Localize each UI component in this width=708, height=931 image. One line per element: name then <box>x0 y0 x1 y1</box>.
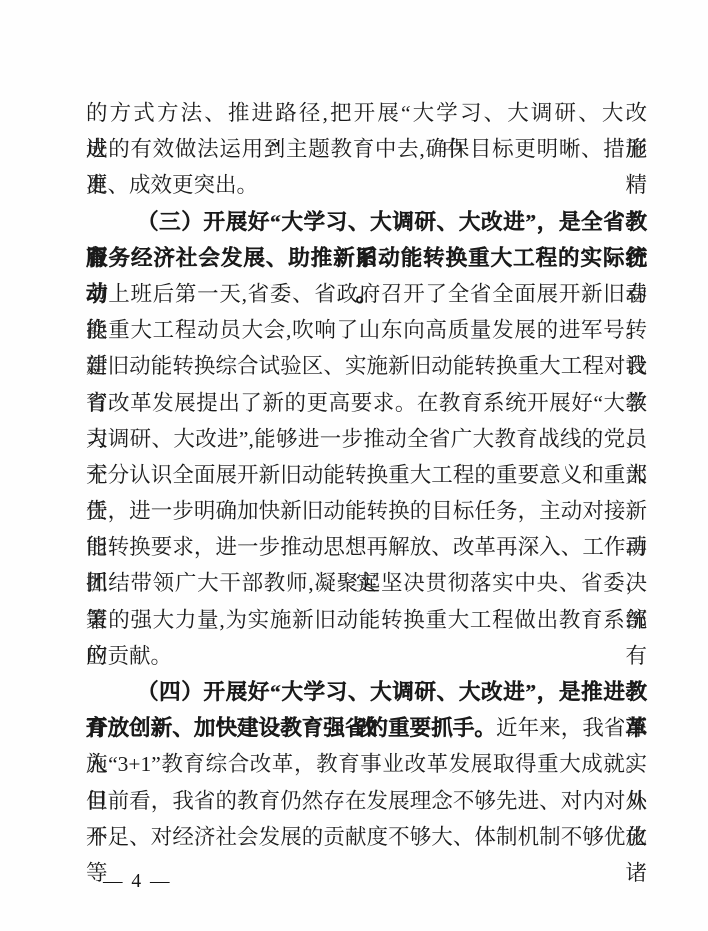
text-line: 团结带领广大干部教师,凝聚起坚决贯彻落实中央、省委决策部 <box>86 565 647 601</box>
text-line: 目前看，我省的教育仍然存在发展理念不够先进、对内对外开放 <box>86 783 647 819</box>
text-line: 充分认识全面展开新旧动能转换重大工程的重要意义和重大责 <box>86 457 647 493</box>
text-line: 换重大工程动员大会,吹响了山东向高质量发展的进军号。建设 <box>86 312 647 348</box>
document-body: 的方式方法、推进路径,把开展“大学习、大调研、大改进”中形成的有效做法运用到主题… <box>86 95 647 855</box>
text-line: 开放创新、加快建设教育强省的重要抓手。近年来，我省深入实 <box>86 710 647 746</box>
text-line: 施“3+1”教育综合改革，教育事业改革发展取得重大成就。但从 <box>86 746 647 782</box>
text-line: 节上班后第一天,省委、省政府召开了全省全面展开新旧动能转 <box>86 276 647 312</box>
document-page: 的方式方法、推进路径,把开展“大学习、大调研、大改进”中形成的有效做法运用到主题… <box>0 0 708 931</box>
text-line: 服务经济社会发展、助推新旧动能转换重大工程的实际行动。春 <box>86 240 647 276</box>
text-line: 不足、对经济社会发展的贡献度不够大、体制机制不够优化等诸 <box>86 819 647 855</box>
text-line: 新旧动能转换综合试验区、实施新旧动能转换重大工程对我省教 <box>86 348 647 384</box>
text-line: 署的强大力量,为实施新旧动能转换重大工程做出教育系统应有 <box>86 602 647 638</box>
text-line: 能转换要求，进一步推动思想再解放、改革再深入、工作再抓实， <box>86 529 647 565</box>
text-line: （四）开展好“大学习、大调研、大改进”，是推进教育改革 <box>86 674 647 710</box>
text-line: 育改革发展提出了新的更高要求。在教育系统开展好“大学习、 <box>86 385 647 421</box>
text-line: 的方式方法、推进路径,把开展“大学习、大调研、大改进”中形 <box>86 95 647 131</box>
page-number: — 4 — <box>103 869 172 895</box>
text-line: 成的有效做法运用到主题教育中去,确保目标更明晰、措施更精 <box>86 131 647 167</box>
bold-text-segment: 开放创新、加快建设教育强省的重要抓手。 <box>86 716 496 740</box>
text-line: 任，进一步明确加快新旧动能转换的目标任务，主动对接新旧动 <box>86 493 647 529</box>
text-line: （三）开展好“大学习、大调研、大改进”，是全省教育系统 <box>86 204 647 240</box>
text-line: 大调研、大改进”,能够进一步推动全省广大教育战线的党员干部 <box>86 421 647 457</box>
text-segment: 的贡献。 <box>86 644 172 668</box>
text-segment: 准、成效更突出。 <box>86 173 258 197</box>
